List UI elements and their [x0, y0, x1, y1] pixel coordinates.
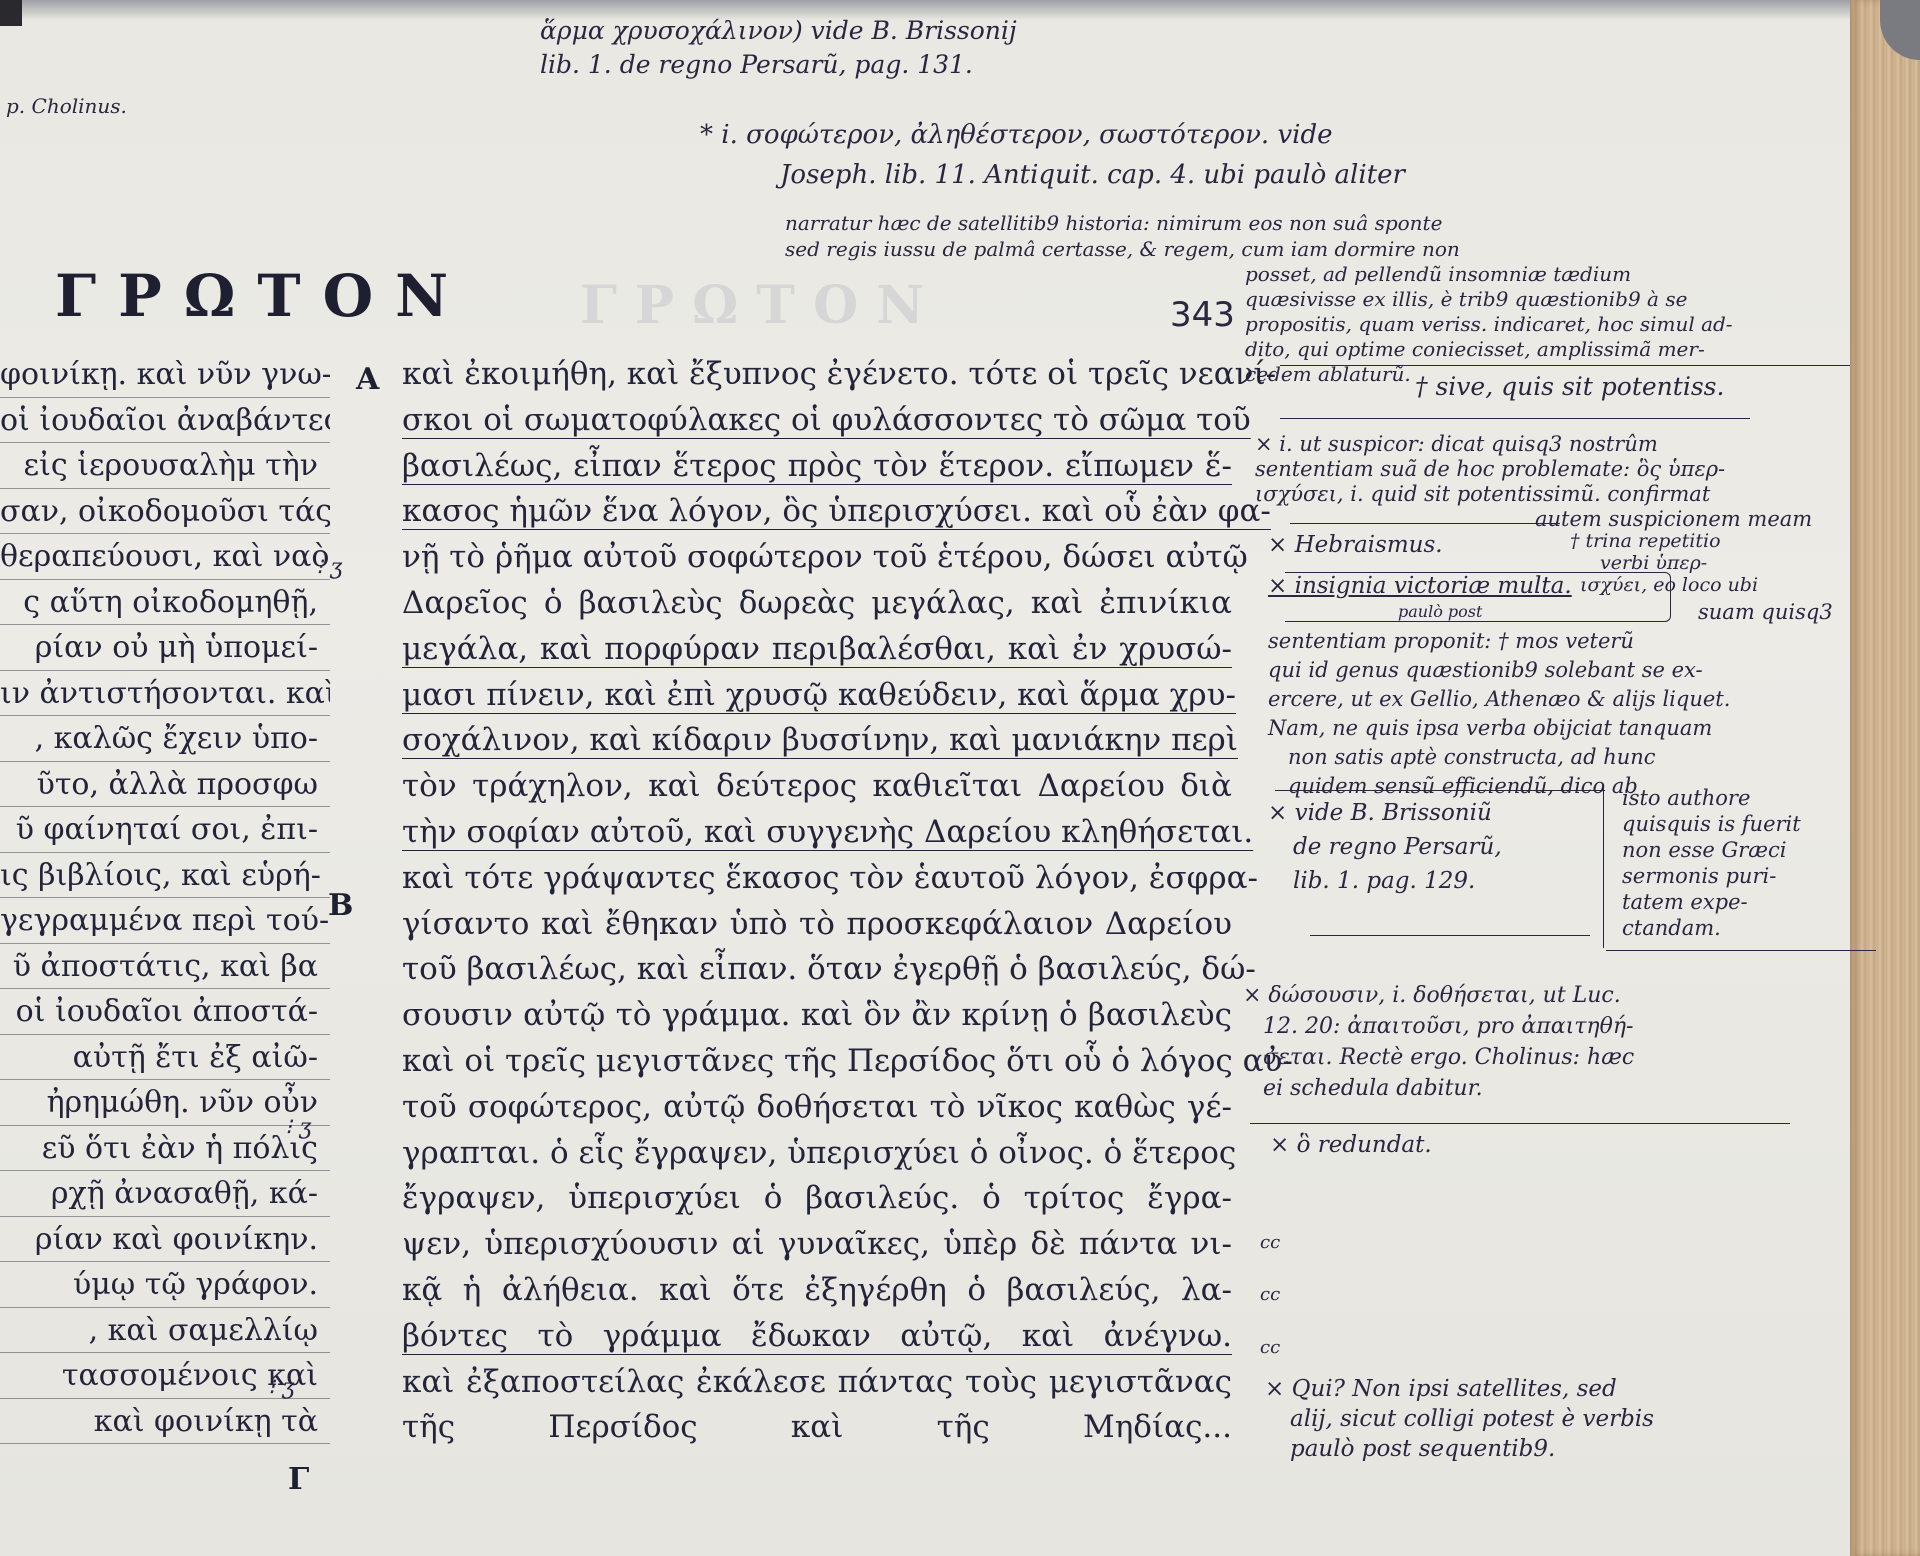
annotation-line: quæsivisse ex illis, è trib9 quæstionib9… — [1245, 287, 1733, 312]
margin-note-dosousin: × δώσουσιν, i. δοθήσεται, ut Luc. 12. 20… — [1243, 980, 1634, 1104]
note-line: verbi ὑπερ- — [1600, 552, 1758, 574]
text-line: κᾷ ἡ ἀλήθεια. καὶ ὅτε ἐξηγέρθη ὁ βασιλεύ… — [402, 1268, 1232, 1314]
note-rule — [1290, 523, 1560, 524]
note-rule — [1250, 1123, 1790, 1124]
note-rule — [1606, 950, 1876, 951]
book-fore-edge — [1850, 0, 1920, 1556]
margin-note-qui: × Qui? Non ipsi satellites, sed alij, si… — [1265, 1374, 1654, 1464]
text-line: ρίαν καὶ φοινίκην. — [0, 1217, 330, 1263]
text-line: γίσαντο καὶ ἔθηκαν ὑπὸ τὸ προσκεφάλαιον … — [402, 902, 1232, 948]
text-line: φοινίκῃ. καὶ νῦν γνω- — [0, 352, 330, 398]
text-line: σκοι οἱ σωματοφύλακες οἱ φυλάσσοντες τὸ … — [402, 398, 1232, 444]
top-annotation: ἅρμα χρυσοχάλινον) vide B. Brissonij lib… — [540, 14, 1017, 82]
margin-note-sententiam: suam quisq3 sententiam proponit: † mos v… — [1268, 598, 1833, 801]
annotation-line: sed regis iussu de palmâ certasse, & reg… — [785, 236, 1460, 262]
margin-note-redundat: × ὃ redundat. — [1270, 1130, 1432, 1160]
text-line: βασιλέως, εἶπαν ἕτερος πρὸς τὸν ἕτερον. … — [402, 444, 1232, 490]
book-page: ἅρμα χρυσοχάλινον) vide B. Brissonij lib… — [0, 0, 1920, 1556]
text-line: οἱ ἰουδαῖοι ἀποστά- — [0, 989, 330, 1035]
text-line: ῦ φαίνηταί σοι, ἐπι- — [0, 807, 330, 853]
text-line: ψεν, ὑπερισχύουσιν αἱ γυναῖκες, ὑπὲρ δὲ … — [402, 1222, 1232, 1268]
note-line: de regno Persarũ, — [1293, 830, 1502, 864]
margin-marker: ⁝ ʒ — [268, 1375, 294, 1400]
text-line: καὶ οἱ τρεῖς μεγιστᾶνες τῆς Περσίδος ὅτι… — [402, 1039, 1232, 1085]
text-line: σοχάλινον, καὶ κίδαριν βυσσίνην, καὶ μαν… — [402, 718, 1232, 764]
left-column-text: φοινίκῃ. καὶ νῦν γνω- οἱ ἰουδαῖοι ἀναβάν… — [0, 352, 330, 1444]
note-line: † trina repetitio — [1570, 530, 1758, 552]
margin-note-suspicor: × i. ut suspicor: dicat quisq3 nostrûm s… — [1255, 432, 1812, 532]
margin-marker: ⁝ ʒ — [285, 1115, 311, 1140]
note-line: non satis aptè constructa, ad hunc — [1288, 743, 1833, 772]
text-line: ύμῳ τῷ γράφον. — [0, 1262, 330, 1308]
text-line: τοῦ βασιλέως, καὶ εἶπαν. ὅταν ἐγερθῇ ὁ β… — [402, 947, 1232, 993]
text-line: γεγραμμένα περὶ τού- — [0, 898, 330, 944]
text-line: μασι πίνειν, καὶ ἐπὶ χρυσῷ καθεύδειν, κα… — [402, 673, 1232, 719]
text-line: νῇ τὸ ῥῆμα αὐτοῦ σοφώτερον τοῦ ἑτέρου, δ… — [402, 535, 1232, 581]
note-line: sermonis puri- — [1622, 863, 1801, 889]
note-line: 12. 20: ἀπαιτοῦσι, pro ἀπαιτηθή- — [1263, 1011, 1634, 1042]
note-line: ctandam. — [1622, 915, 1801, 941]
note-line: ισχύσει, i. quid sit potentissimũ. confi… — [1255, 482, 1812, 507]
note-line: ei schedula dabitur. — [1263, 1073, 1634, 1104]
note-line: × Qui? Non ipsi satellites, sed — [1265, 1374, 1654, 1404]
margin-note-authore: isto authore quisquis is fuerit non esse… — [1622, 785, 1801, 941]
binding-corner — [0, 0, 22, 26]
note-divider — [1603, 788, 1604, 948]
note-line: quisquis is fuerit — [1622, 811, 1801, 837]
text-line: ρίαν οὐ μὴ ὑπομεί- — [0, 625, 330, 671]
note-line: ercere, ut ex Gellio, Athenæo & alijs li… — [1268, 685, 1833, 714]
text-line: , καλῶς ἔχειν ὑπο- — [0, 716, 330, 762]
section-letter-gamma: Γ — [288, 1462, 309, 1497]
text-line: κασος ἡμῶν ἕνα λόγον, ὃς ὑπερισχύσει. κα… — [402, 489, 1232, 535]
top-left-annotation: p. Cholinus. — [6, 94, 127, 118]
text-line: οἱ ἰουδαῖοι ἀναβάντες — [0, 398, 330, 444]
text-line: Δαρεῖος ὁ βασιλεὺς δωρεὰς μεγάλας, καὶ ἐ… — [402, 581, 1232, 627]
note-line: suam quisq3 — [1698, 598, 1833, 627]
section-letter-a: A — [356, 362, 379, 397]
note-line: × vide B. Brissoniũ — [1268, 796, 1502, 830]
text-line: τοῦ σοφώτερος, αὐτῷ δοθήσεται τὸ νῖκος κ… — [402, 1085, 1232, 1131]
text-line: ἔγραψεν, ὑπερισχύει ὁ βασιλεύς. ὁ τρίτος… — [402, 1176, 1232, 1222]
note-line: × i. ut suspicor: dicat quisq3 nostrûm — [1255, 432, 1812, 457]
text-line: τῆς Περσίδος καὶ τῆς Μηδίας... — [402, 1405, 1232, 1451]
note-rule — [1310, 935, 1590, 936]
note-line: tatem expe- — [1622, 889, 1801, 915]
text-line: αὐτῇ ἔτι ἐξ αἰῶ- — [0, 1035, 330, 1081]
note-line: alij, sicut colligi potest è verbis — [1290, 1404, 1654, 1434]
text-line: καὶ ἐξαποστείλας ἐκάλεσε πάντας τοὺς μεγ… — [402, 1360, 1232, 1406]
note-line: σεται. Rectè ergo. Cholinus: hæc — [1263, 1042, 1634, 1073]
annotation-line: narratur hæc de satellitib9 historia: ni… — [785, 210, 1460, 236]
margin-note-hebraismus: × Hebraismus. — [1268, 530, 1443, 560]
text-line: , καὶ σαμελλίῳ — [0, 1308, 330, 1354]
cc-marker: cc — [1260, 1232, 1280, 1253]
main-text-column: καὶ ἐκοιμήθη, καὶ ἔξυπνος ἐγένετο. τότε … — [402, 352, 1232, 1451]
annotation-rule — [1280, 365, 1850, 366]
cc-marker: cc — [1260, 1284, 1280, 1305]
annotation-line: propositis, quam veriss. indicaret, hoc … — [1245, 312, 1733, 337]
note-line: qui id genus quæstionib9 solebant se ex- — [1268, 656, 1833, 685]
right-top-annotation: * i. σοφώτερον, ἀληθέστερον, σωστότερον.… — [700, 115, 1405, 195]
right-top-annotation-cont: narratur hæc de satellitib9 historia: ni… — [785, 210, 1460, 262]
note-line: × δώσουσιν, i. δοθήσεται, ut Luc. — [1243, 980, 1634, 1011]
text-line: εἰς ἱερουσαλὴμ τὴν — [0, 443, 330, 489]
annotation-line: Joseph. lib. 11. Antiquit. cap. 4. ubi p… — [780, 155, 1405, 195]
note-line: Nam, ne quis ipsa verba obijciat tanquam — [1268, 714, 1833, 743]
text-line: μεγάλα, καὶ πορφύραν περιβαλέσθαι, καὶ ἐ… — [402, 627, 1232, 673]
text-line: εῦ ὅτι ἐὰν ἡ πόλις — [0, 1126, 330, 1172]
show-through-text: ΓΡΩΤΟΝ — [580, 275, 942, 336]
text-line: ιν ἀντιστήσονται. καὶ — [0, 671, 330, 717]
annotation-rule — [1280, 418, 1750, 419]
text-line: τὴν σοφίαν αὐτοῦ, καὶ συγγενὴς Δαρείου κ… — [402, 810, 1232, 856]
text-line: ἠρημώθη. νῦν οὖν — [0, 1080, 330, 1126]
note-line: non esse Græci — [1622, 837, 1801, 863]
top-annotation-line: lib. 1. de regno Persarũ, pag. 131. — [540, 48, 1017, 82]
right-top-annotation-cont2: posset, ad pellendũ insomniæ tædium quæs… — [1245, 262, 1733, 387]
text-line: σαν, οἰκοδομοῦσι τάς — [0, 489, 330, 535]
annotation-aside: † sive, quis sit potentiss. — [1415, 372, 1724, 402]
margin-marker: ⁝ ʒ — [316, 555, 342, 580]
text-line: ῦ ἀποστάτις, καὶ βα — [0, 944, 330, 990]
text-line: βόντες τὸ γράμμα ἔδωκαν αὐτῷ, καὶ ἀνέγνω… — [402, 1314, 1232, 1360]
text-line: θεραπεύουσι, καὶ ναὸν — [0, 534, 330, 580]
note-line: sententiam suã de hoc problemate: ὃς ὑπε… — [1255, 457, 1812, 482]
text-line: καὶ ἐκοιμήθη, καὶ ἔξυπνος ἐγένετο. τότε … — [402, 352, 1232, 398]
margin-note-brissonius: × vide B. Brissoniũ de regno Persarũ, li… — [1268, 796, 1502, 898]
page-number: 343 — [1170, 295, 1235, 335]
text-line: ρχῇ ἀνασαθῇ, κά- — [0, 1171, 330, 1217]
text-line: τὸν τράχηλον, καὶ δεύτερος καθιεῖται Δαρ… — [402, 764, 1232, 810]
top-annotation-line: ἅρμα χρυσοχάλινον) vide B. Brissonij — [540, 14, 1017, 48]
note-line: lib. 1. pag. 129. — [1293, 864, 1502, 898]
text-line: καὶ τότε γράψαντες ἕκασος τὸν ἑαυτοῦ λόγ… — [402, 856, 1232, 902]
text-line: ις βιβλίοις, καὶ εὑρή- — [0, 853, 330, 899]
text-line: σουσιν αὐτῷ τὸ γράμμα. καὶ ὃν ἂν κρίνῃ ὁ… — [402, 993, 1232, 1039]
text-line: ῦτο, ἀλλὰ προσφω — [0, 762, 330, 808]
note-line: paulò post sequentib9. — [1290, 1434, 1654, 1464]
note-rule — [1275, 790, 1605, 791]
note-line: sententiam proponit: † mos veterũ — [1268, 627, 1833, 656]
page-title: ΓΡΩΤΟΝ — [55, 262, 470, 330]
text-line: γραπται. ὁ εἷς ἔγραψεν, ὑπερισχύει ὁ οἶν… — [402, 1131, 1232, 1177]
section-letter-b: B — [328, 888, 353, 923]
annotation-line: dito, qui optime coniecisset, amplissimã… — [1245, 337, 1733, 362]
note-line: isto authore — [1622, 785, 1801, 811]
annotation-line: posset, ad pellendũ insomniæ tædium — [1245, 262, 1733, 287]
cc-marker: cc — [1260, 1337, 1280, 1358]
text-line: καὶ φοινίκῃ τὰ — [0, 1399, 330, 1445]
annotation-line: * i. σοφώτερον, ἀληθέστερον, σωστότερον.… — [700, 115, 1405, 155]
note-line: autem suspicionem meam — [1535, 507, 1812, 532]
text-line: ς αὕτη οἰκοδομηθῇ, — [0, 580, 330, 626]
